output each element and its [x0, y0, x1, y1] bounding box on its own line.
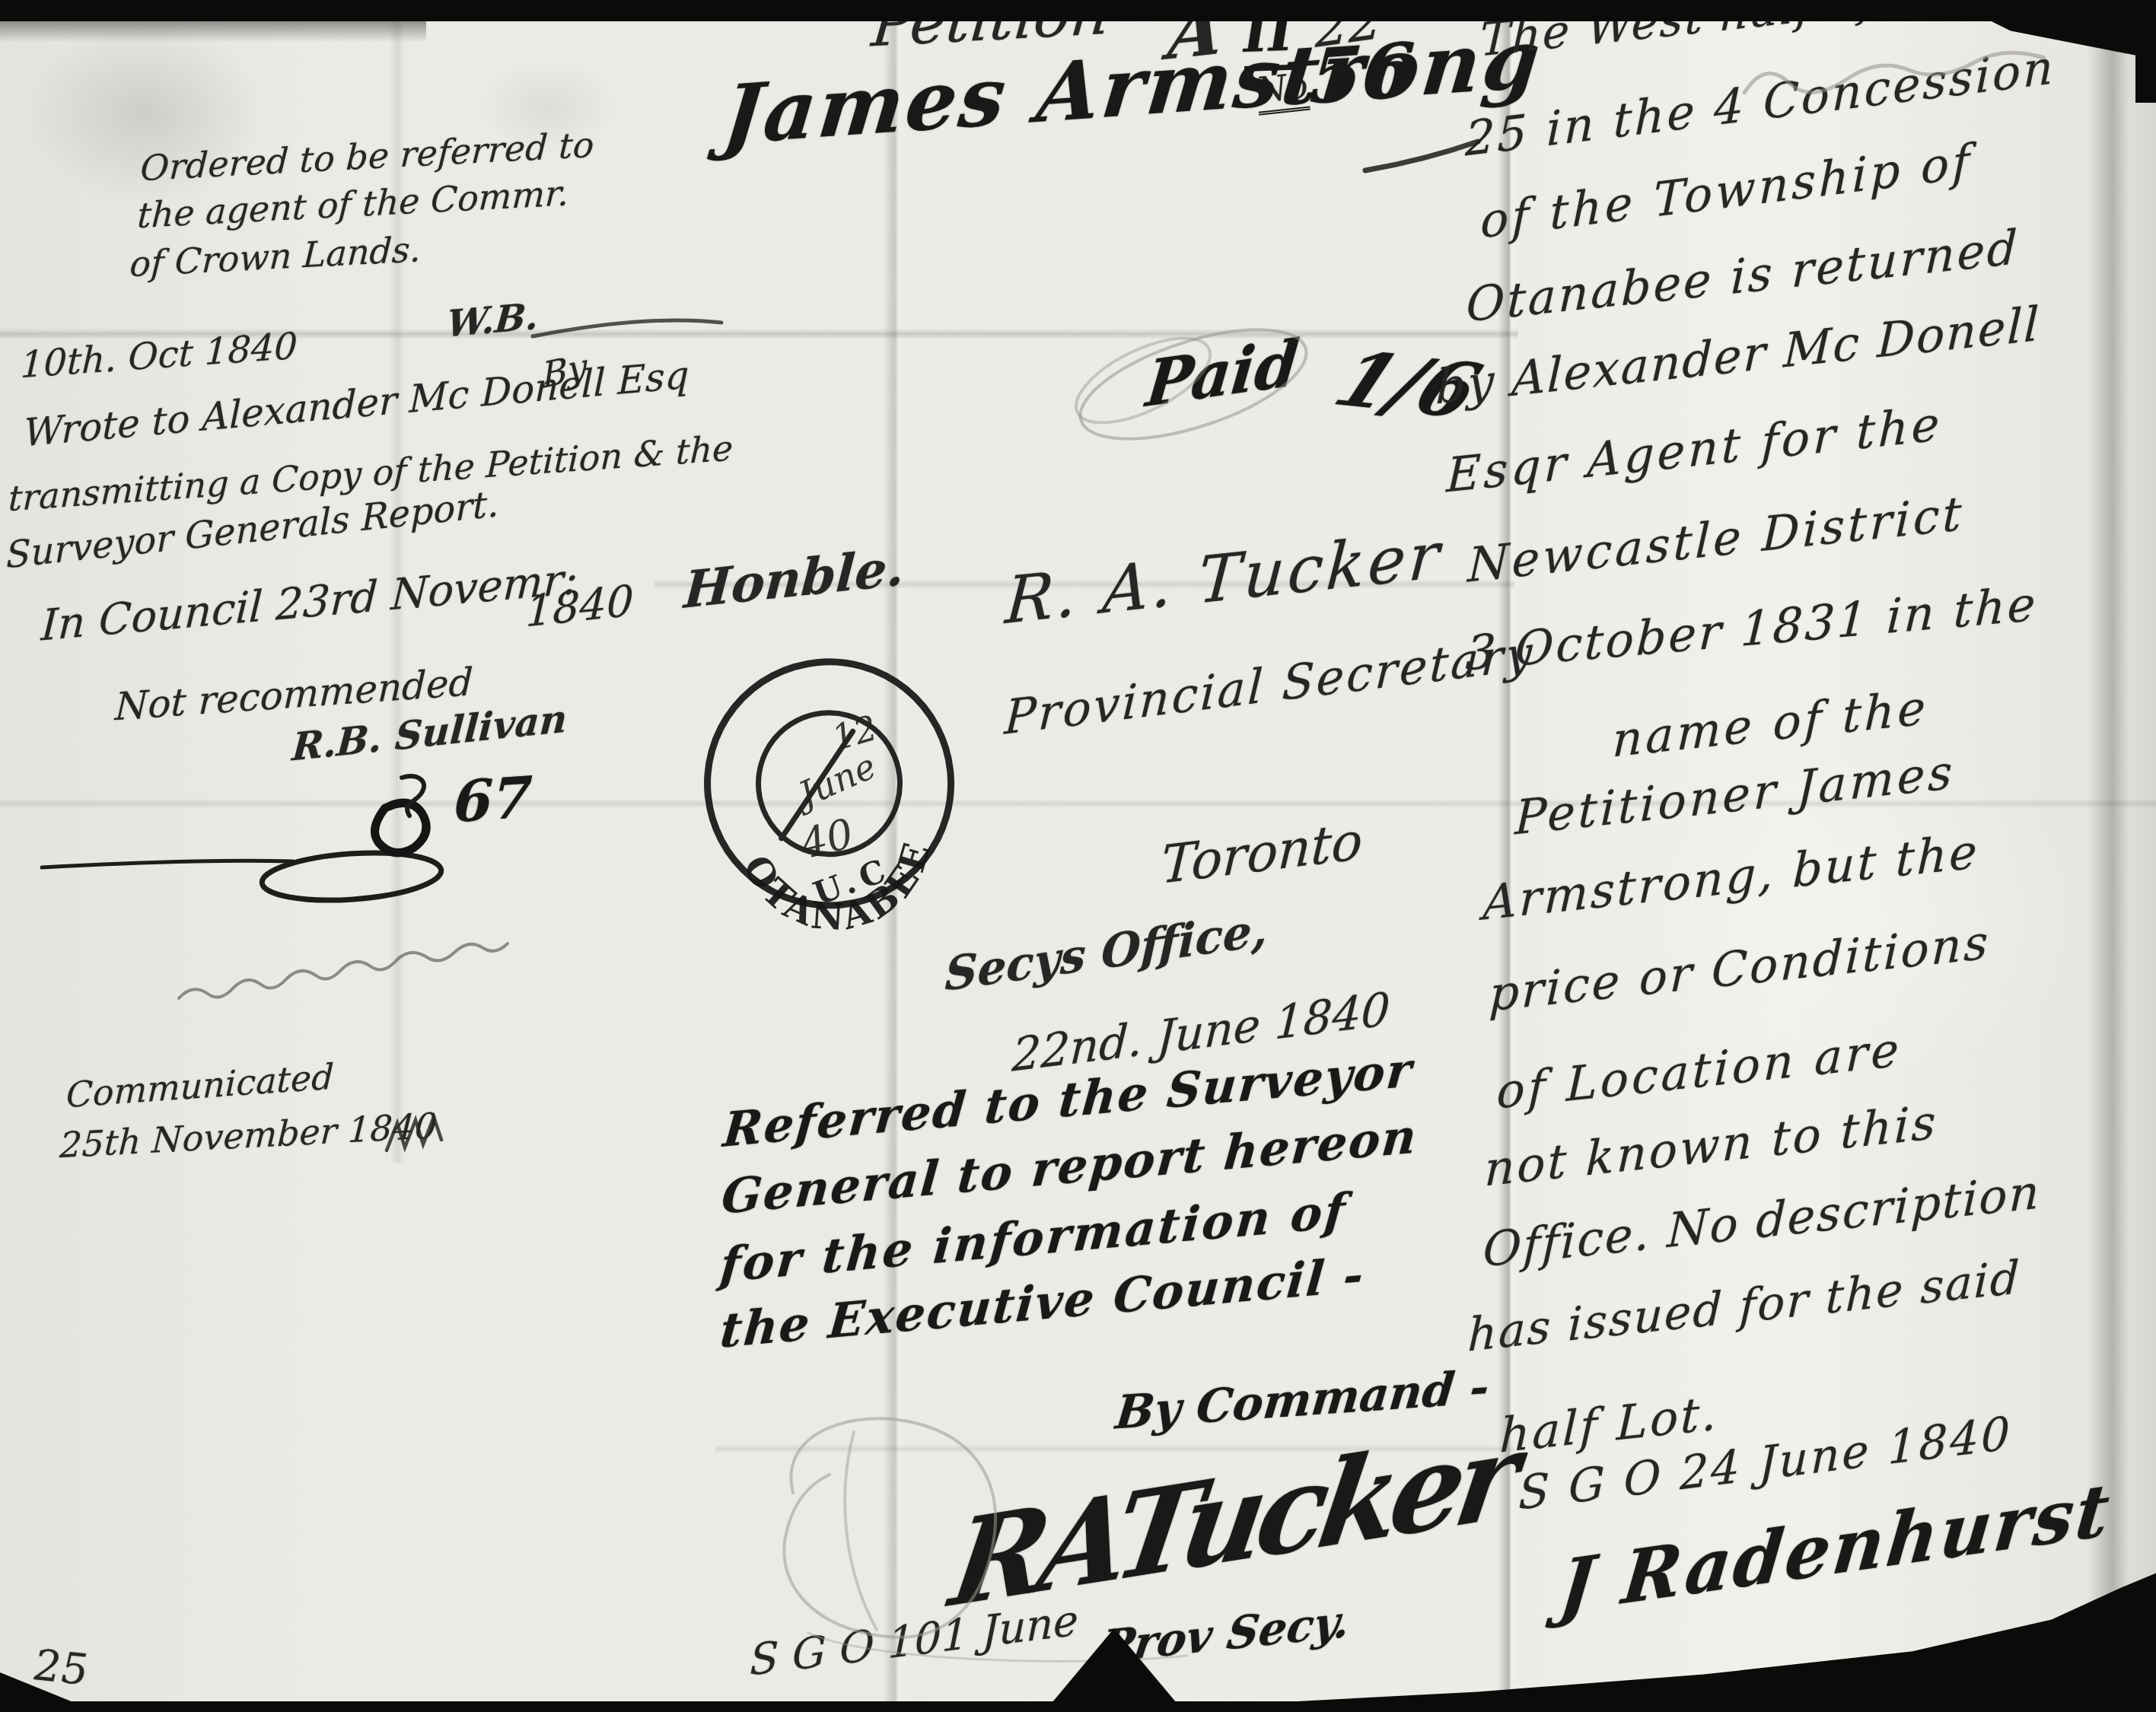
scan-edge-top	[0, 0, 2156, 21]
flourish-number: 67	[453, 765, 533, 836]
corner-number: 25	[33, 1640, 89, 1696]
stamp-year: 40	[795, 810, 858, 869]
postmark-stamp-graphic: OTANABEE U.C 12 June 40	[683, 635, 976, 932]
scan-edge-right-top	[2135, 0, 2156, 103]
referral-signature: W.B.	[445, 295, 540, 346]
scanned-document: Petition A II 22 No 56 James Armstrong O…	[0, 0, 2156, 1712]
postmark-stamp: OTANABEE U.C 12 June 40	[683, 635, 977, 935]
scan-speck-bottom	[449, 1704, 537, 1712]
